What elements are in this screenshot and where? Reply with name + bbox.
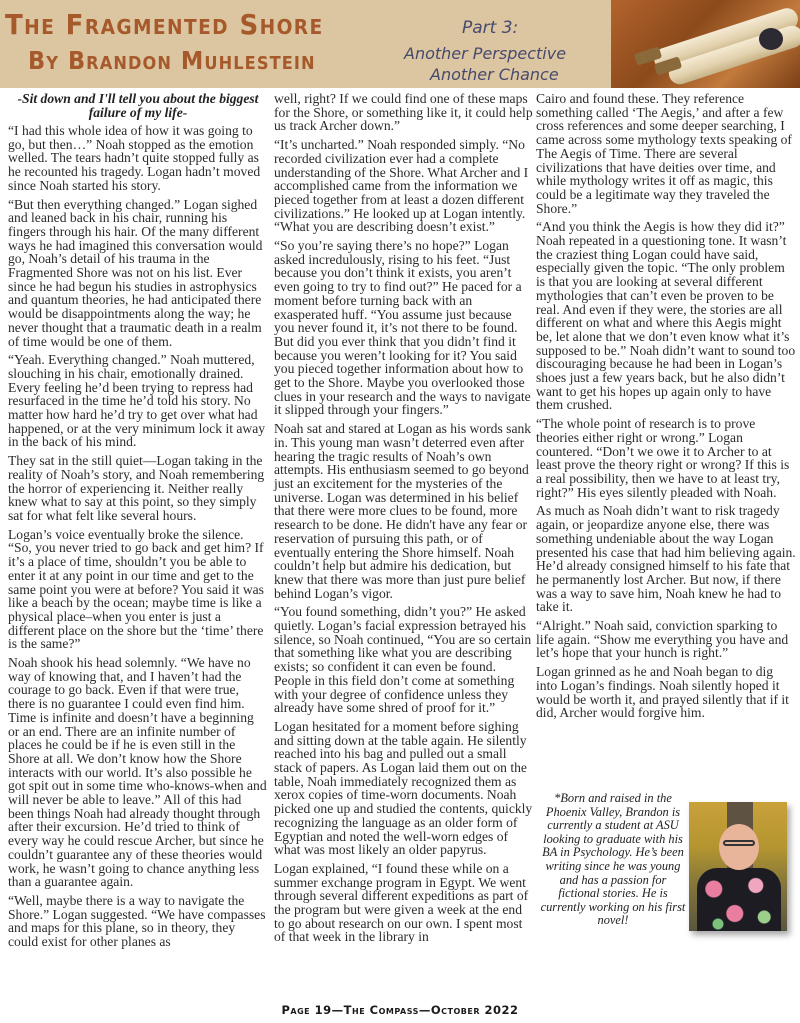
article-byline: By Brandon Muhlestein (28, 46, 316, 75)
paragraph: Logan explained, “I found these while on… (274, 862, 534, 944)
paragraph: Logan’s voice eventually broke the silen… (8, 528, 268, 651)
page-footer: Page 19—The Compass—October 2022 (0, 1003, 800, 1017)
part-label: Part 3: (462, 18, 518, 38)
paragraph: As much as Noah didn’t want to risk trag… (536, 504, 796, 614)
author-bio: *Born and raised in the Phoenix Valley, … (536, 790, 796, 940)
column-1: -Sit down and I'll tell you about the bi… (8, 92, 268, 954)
article-title: The Fragmented Shore (5, 8, 324, 41)
paragraph: Logan grinned as he and Noah began to di… (536, 665, 796, 720)
part-subtitle-line1: Another Perspective (404, 44, 566, 63)
paragraph: Noah sat and stared at Logan as his word… (274, 422, 534, 600)
paragraph: “And you think the Aegis is how they did… (536, 220, 796, 412)
paragraph: “Alright.” Noah said, conviction sparkin… (536, 619, 796, 660)
part-subtitle-line2: Another Chance (430, 65, 559, 84)
paragraph: “It’s uncharted.” Noah responded simply.… (274, 138, 534, 234)
paragraph: “I had this whole idea of how it was goi… (8, 124, 268, 193)
paragraph: well, right? If we could find one of the… (274, 92, 534, 133)
author-face (719, 824, 759, 870)
paragraph: They sat in the still quiet—Logan taking… (8, 454, 268, 523)
scrolls-image (611, 0, 800, 88)
paragraph: “Yeah. Everything changed.” Noah muttere… (8, 353, 268, 449)
paragraph: “But then everything changed.” Logan sig… (8, 198, 268, 349)
paragraph: Noah shook his head solemnly. “We have n… (8, 656, 268, 889)
column-2: well, right? If we could find one of the… (274, 92, 534, 949)
wax-seal (759, 28, 783, 50)
author-bio-text: *Born and raised in the Phoenix Valley, … (540, 792, 686, 928)
paragraph: Cairo and found these. They reference so… (536, 92, 796, 215)
paragraph: “You found something, didn’t you?” He as… (274, 605, 534, 715)
paragraph: “So you’re saying there’s no hope?” Loga… (274, 239, 534, 417)
paragraph: Logan hesitated for a moment before sigh… (274, 720, 534, 857)
floral-shirt (697, 868, 781, 931)
paragraph: “The whole point of research is to prove… (536, 417, 796, 499)
article-header: The Fragmented Shore By Brandon Muhleste… (0, 0, 800, 88)
paragraph: “Well, maybe there is a way to navigate … (8, 894, 268, 949)
article-subhead: -Sit down and I'll tell you about the bi… (8, 92, 268, 119)
glasses (723, 840, 755, 846)
author-photo (689, 802, 787, 931)
column-3: Cairo and found these. They reference so… (536, 92, 796, 725)
